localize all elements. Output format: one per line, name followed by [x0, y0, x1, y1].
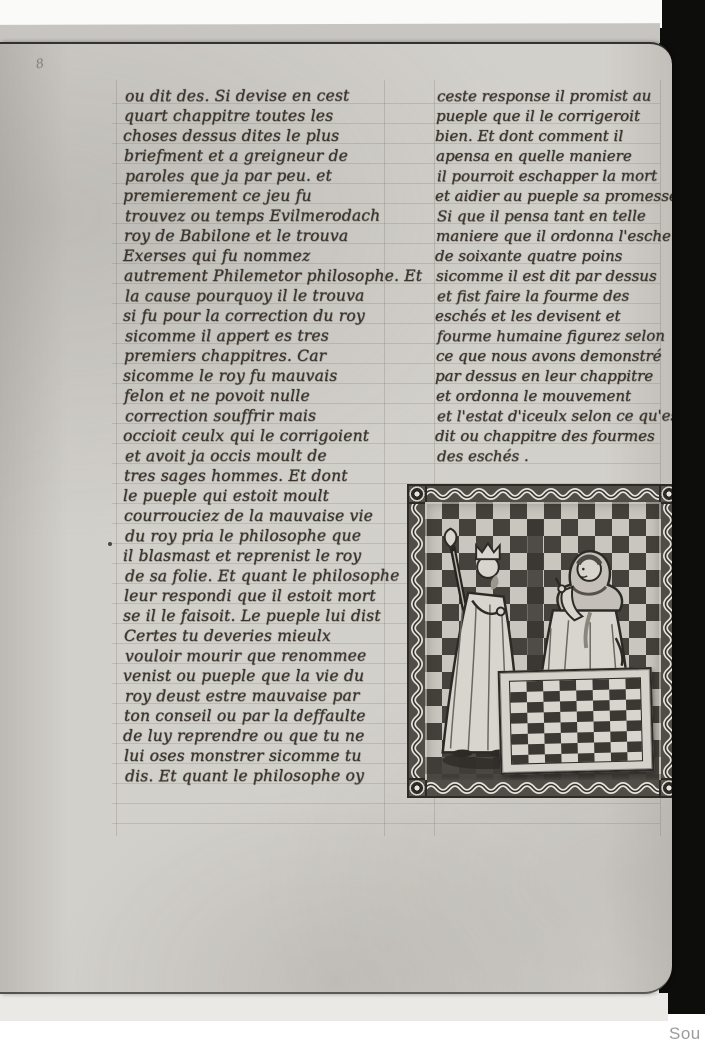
manuscript-text-line: dis. Et quant le philosophe oy	[125, 766, 419, 787]
manuscript-text-line: sicomme le roy fu mauvais	[123, 366, 417, 386]
manuscript-text-line: ton conseil ou par la deffaulte	[124, 706, 418, 726]
manuscript-text-line: roy deust estre mauvaise par	[125, 686, 419, 707]
manuscript-text-line: vouloir mourir que renommee	[125, 646, 419, 667]
border-corner-rosette	[407, 778, 427, 798]
manuscript-text-line: premierement ce jeu fu	[123, 186, 417, 206]
manuscript-text-line: et ordonna le mouvement	[436, 386, 668, 406]
king-hand	[497, 607, 505, 615]
manuscript-text-line: paroles que ja par peu. et	[125, 166, 419, 187]
manuscript-text-line: tres sages hommes. Et dont	[124, 466, 418, 486]
manuscript-text-line: venist ou pueple que la vie du	[123, 666, 417, 686]
manuscript-text-line: si fu pour la correction du roy	[123, 306, 417, 326]
manuscript-text-line: premiers chappitres. Car	[124, 346, 418, 366]
text-column-right: ceste response il promist aupueple que i…	[436, 86, 668, 466]
manuscript-text-line: Si que il pensa tant en telle	[437, 206, 669, 227]
manuscript-text-line: Exerses qui fu nommez	[123, 246, 417, 266]
miniature-illustration	[407, 484, 672, 798]
border-vine-ornament-bottom	[425, 780, 661, 796]
border-corner-rosette	[407, 484, 427, 504]
miniature-checkered-background	[425, 502, 661, 780]
border-vine-ornament-top	[425, 486, 661, 502]
manuscript-text-line: sicomme il est dit par dessus	[436, 266, 668, 286]
manuscript-text-line: il blasmast et reprenist le roy	[123, 546, 417, 566]
ruling-vertical-line	[116, 80, 117, 836]
manuscript-text-line: de luy reprendre ou que tu ne	[123, 726, 417, 746]
manuscript-text-line: de soixante quatre poins	[435, 246, 667, 266]
watermark-text: Sou	[669, 1024, 701, 1044]
manuscript-text-line: bien. Et dont comment il	[435, 126, 667, 146]
manuscript-text-line: trouvez ou temps Evilmerodach	[125, 206, 419, 227]
manuscript-text-line: ceste response il promist au	[437, 86, 669, 107]
manuscript-page: 8 ou dit des. Si devise en cestquart cha…	[0, 42, 672, 994]
manuscript-text-line: Certes tu deveries mieulx	[124, 626, 418, 646]
manuscript-text-line: sicomme il appert es tres	[125, 326, 419, 347]
folio-mark: 8	[35, 57, 46, 72]
manuscript-text-line: ou dit des. Si devise en cest	[125, 86, 419, 107]
manuscript-text-line: et avoit ja occis moult de	[125, 446, 419, 467]
manuscript-text-line: et aidier au pueple sa promesse	[435, 186, 667, 206]
manuscript-text-line: occioit ceulx qui le corrigoient	[123, 426, 417, 446]
manuscript-text-line: lui oses monstrer sicomme tu	[124, 746, 418, 766]
underlying-page-edge-bottom	[0, 993, 668, 1021]
manuscript-text-line: de sa folie. Et quant le philosophe	[125, 566, 419, 587]
chessboard	[498, 667, 655, 775]
manuscript-text-line: se il le faisoit. Le pueple lui dist	[123, 606, 417, 626]
manuscript-text-line: correction souffrir mais	[125, 406, 419, 427]
manuscript-text-line: eschés et les devisent et	[435, 306, 667, 326]
manuscript-text-line: le pueple qui estoit moult	[123, 486, 417, 506]
border-vine-ornament-right	[661, 502, 672, 780]
manuscript-text-line: du roy pria le philosophe que	[125, 526, 419, 547]
manuscript-text-line: leur respondi que il estoit mort	[124, 586, 418, 606]
manuscript-text-line: et l'estat d'iceulx selon ce qu'est	[437, 406, 669, 427]
manuscript-text-line: par dessus en leur chappitre	[435, 366, 667, 386]
king-crown	[476, 543, 500, 559]
manuscript-text-line: pueple que il le corrigeroit	[436, 106, 668, 126]
scepter-fleur-top	[445, 529, 457, 548]
text-column-left: ou dit des. Si devise en cestquart chapp…	[124, 86, 418, 786]
manuscript-text-line: autrement Philemetor philosophe. Et	[124, 266, 418, 286]
margin-mark	[108, 542, 112, 546]
manuscript-text-line: choses dessus dites le plus	[123, 126, 417, 146]
border-vine-ornament-left	[409, 502, 425, 780]
manuscript-text-line: ce que nous avons demonstré	[436, 346, 668, 366]
manuscript-text-line: et fist faire la fourme des	[437, 286, 669, 307]
border-corner-rosette	[659, 484, 672, 504]
manuscript-text-line: dit ou chappitre des fourmes	[435, 426, 667, 446]
manuscript-text-line: courrouciez de la mauvaise vie	[124, 506, 418, 526]
manuscript-text-line: briefment et a greigneur de	[124, 146, 418, 166]
manuscript-text-line: roy de Babilone et le trouva	[124, 226, 418, 246]
manuscript-text-line: des eschés .	[437, 446, 669, 467]
manuscript-text-line: il pourroit eschapper la mort	[437, 166, 669, 187]
manuscript-text-line: quart chappitre toutes les	[124, 106, 418, 126]
manuscript-text-line: la cause pourquoy il le trouva	[125, 286, 419, 307]
manuscript-text-line: apensa en quelle maniere	[436, 146, 668, 166]
manuscript-text-line: fourme humaine figurez selon	[437, 326, 669, 347]
border-corner-rosette	[659, 778, 672, 798]
manuscript-text-line: felon et ne povoit nulle	[124, 386, 418, 406]
manuscript-text-line: maniere que il ordonna l'eschequier	[436, 226, 668, 246]
photo-canvas: 8 ou dit des. Si devise en cestquart cha…	[0, 0, 705, 1051]
